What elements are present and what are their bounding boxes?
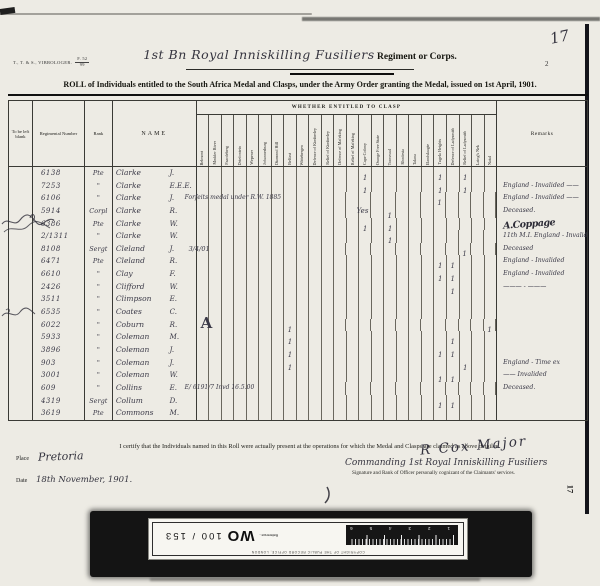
clasp-cell: 1 [434,192,446,205]
clasp-cell [359,344,372,357]
clasp-cell [209,243,221,256]
clasp-cell [334,407,347,420]
clasp-cell [334,218,347,231]
clasp-cell [284,395,297,408]
clasp-cell [397,268,410,281]
remark-text: England - Invalided [497,268,587,280]
clasp-cell [272,319,284,332]
clasp-cell [346,319,358,332]
copyright-text: COPYRIGHT OF THE PUBLIC RECORD OFFICE, L… [153,550,463,554]
clasp-cell [272,395,285,408]
cell-rank: Pte [85,255,113,268]
initials-value: F. [170,268,196,281]
clasp-cell [472,218,485,231]
cell-remarks: England - Invalided —— [497,192,587,205]
clasp-cell [197,293,210,306]
initials-value: C. [170,306,196,319]
surname-value: Coleman [113,331,170,344]
clasp-cell [484,192,496,205]
clasp-cell [409,407,422,420]
cell-rank: " [85,306,113,319]
clasp-cell [272,268,285,281]
clasp-cell [384,243,396,256]
clasp-cell [460,395,473,408]
cell-name: ClimpsonE. [113,293,197,306]
clasp-cell [222,306,235,319]
clasp-cell [272,344,285,357]
clasp-cell [359,281,372,294]
clasp-cell [447,306,460,319]
clasp-cell: 1 [434,344,447,357]
clasp-cell [484,243,496,256]
clasp-column-label: Diamond Hill [275,142,279,166]
initials-value: D. [170,395,196,408]
clasp-cell [259,167,272,180]
clasp-cell [459,230,472,243]
measurement-ruler: 123456 [346,526,458,546]
clasp-cell [485,331,497,344]
clasp-cell [471,192,483,205]
clasp-cell [485,167,497,180]
clasp-column-label: Wepener [250,150,254,166]
clasp-cell [459,382,471,395]
clasp-cell [322,344,335,357]
cell-regimental-number: 6106 [33,192,85,205]
clasp-cell [422,218,435,231]
cell-regimental-number: 4319 [33,395,85,408]
clasp-cell [259,230,272,243]
clasp-cell: 1 [460,167,473,180]
regimental-number-value: 6471 [33,255,84,267]
clasp-cell [309,369,322,382]
clasp-cell [472,306,485,319]
cell-name: ClarkeE.E.E. [113,180,197,193]
clasp-cell [297,382,309,395]
clasp-cell [322,218,335,231]
clasp-cell [222,293,235,306]
clasp-cell [297,230,310,243]
roll-row: 3511"ClimpsonE. [9,293,587,306]
regimental-number-value: 8108 [33,243,84,255]
clasp-cell [409,243,421,256]
clasp-cell [347,331,360,344]
regimental-number-value: 3619 [33,407,84,419]
roll-row: 8108SergtClelandJ.13/4/01Deceased [9,243,587,256]
clasp-cell [309,281,322,294]
clasp-cell [209,255,222,268]
clasp-cell [334,167,347,180]
clasp-cell [209,205,221,218]
clasp-cell [272,281,285,294]
clasp-column-header: Wittebergen [297,115,310,166]
clasp-cell [472,230,485,243]
clasp-cell [446,243,458,256]
initials-value: E. [170,293,196,306]
surname-value: Clarke [113,218,170,231]
surname-value: Commons [113,407,170,420]
clasp-cell [422,281,435,294]
clasp-column-header: Defence of Mafeking [334,115,347,166]
clasp-cell [197,230,210,243]
clasp-cell [272,243,284,256]
folio-number-handwritten: 17 [548,26,570,48]
clasp-cell: 1 [384,205,396,218]
clasp-cell [409,369,422,382]
cell-name: ClarkeW. [113,218,197,231]
clasp-cell [347,357,360,370]
clasp-cell [460,331,473,344]
roll-row: 7253"ClarkeE.E.E.111England - Invalided … [9,180,587,193]
clasp-cell [222,268,235,281]
clasp-cell [222,407,235,420]
roll-row: 4319SergtCollumD.11 [9,395,587,408]
clasp-cell [397,369,410,382]
clasp-cell [359,395,372,408]
clasp-cell [234,205,246,218]
roll-row: 6106"ClarkeJ.1Forfeits medal under R.W. … [9,192,587,205]
clasp-cell [384,357,397,370]
clasp-cell: 1 [434,268,447,281]
clasp-cell [259,205,271,218]
clasp-cell [247,281,260,294]
clasp-cell [409,357,422,370]
rank-value: " [85,319,112,331]
clasp-cell [434,230,447,243]
clasp-cell [397,344,410,357]
clasp-cell [384,382,396,395]
clasp-cell [322,167,335,180]
cell-blank [9,243,33,256]
clasp-cell [371,319,383,332]
cell-clasps: 11 [197,218,497,231]
clasp-cell [359,255,372,268]
clasp-cell [197,344,210,357]
clasp-cell [434,319,446,332]
clasp-cell [371,243,383,256]
clasp-cell [222,218,235,231]
clasp-cell [421,205,433,218]
clasp-column-header: Modder River [209,115,222,166]
clasp-cell [297,180,310,193]
clasp-cell [297,243,309,256]
clasp-cell [222,243,234,256]
clasp-cell [309,167,322,180]
clasp-cell [197,218,210,231]
cell-rank: " [85,331,113,344]
clasp-cell [359,293,372,306]
clasp-cell [372,180,385,193]
clasp-cell [284,281,297,294]
clasp-cell [471,319,483,332]
clasp-cell [234,293,247,306]
clasp-cell [485,255,497,268]
clasp-banner: WHETHER ENTITLED TO CLASP [197,101,496,115]
clasp-cell [472,255,485,268]
clasp-cell [422,407,435,420]
clasp-cell [222,180,235,193]
clasp-cell [434,218,447,231]
clasp-cell [396,243,408,256]
cell-remarks: ——— - ——— [497,281,587,294]
clasp-cell [396,192,408,205]
clasp-cell [234,407,247,420]
clasp-cell [484,230,496,243]
initials-value: E.E.E. [170,180,196,193]
cell-name: ClarkeJ. [113,167,197,180]
surname-value: Clarke [113,205,170,218]
clasp-cell [347,167,360,180]
rank-value: Pte [85,167,112,179]
cell-name: ClarkeR. [113,205,197,218]
clasp-cell [259,344,272,357]
remarks-column-header: Remarks [497,101,587,166]
clasp-cell [209,230,222,243]
regimental-number-value: 3001 [33,369,84,381]
clasp-cell [485,395,497,408]
surname-value: Clifford [113,281,170,294]
table-body: 6138PteClarkeJ.1117253"ClarkeE.E.E.111En… [9,167,587,420]
ruler-number: 6 [350,527,353,532]
clasp-cell [322,281,335,294]
surname-value: Clarke [113,167,170,180]
regimental-number-value: 4319 [33,395,84,407]
clasp-cell [397,255,410,268]
rank-value: " [85,357,112,369]
clasp-cell [309,255,322,268]
clasp-cell [421,319,433,332]
initials-value: R. [170,319,196,332]
clasp-cell [347,344,360,357]
date-label: Date [16,478,27,484]
cell-remarks: 11th M.I. England - Invalid [497,230,587,243]
clasp-cell [472,293,485,306]
clasp-cell [409,268,422,281]
clasp-cell: 1 [447,255,460,268]
initials-value: R. [170,255,196,268]
clasp-cell [422,344,435,357]
cell-clasps: 11 [197,369,497,382]
clasp-cell [384,255,397,268]
cell-regimental-number: 2426 [33,281,85,294]
clasp-cell [197,167,210,180]
rank-value: Pte [85,255,112,267]
clasp-cell [334,255,347,268]
clasp-cell: 1 [447,281,460,294]
place-label: Place [16,456,29,462]
clasp-cell [222,331,235,344]
clasp-cell [347,230,360,243]
regimental-number-value: 2426 [33,281,84,293]
clasp-cell [434,205,446,218]
surname-value: Collins [113,382,170,395]
roll-row: 6138PteClarkeJ.111 [9,167,587,180]
scan-smudge-top-left [0,13,312,15]
cell-rank: Sergt [85,395,113,408]
clasp-cell [297,357,310,370]
clasp-cell: 1 [447,395,460,408]
rank-value: " [85,344,112,356]
clasp-cell [359,268,372,281]
roll-row: 6535"CoatesC. [9,306,587,319]
surname-value: Collum [113,395,170,408]
clasp-cell: 1 [434,255,447,268]
clasp-cell [485,293,497,306]
clasp-cell [284,218,297,231]
clasp-cell [347,293,360,306]
clasp-cell [334,230,347,243]
clasp-cell [372,293,385,306]
clasp-cell [234,331,247,344]
clasp-cell [297,281,310,294]
clasp-column-label: Relief of Ladysmith [463,131,467,166]
cell-rank: " [85,293,113,306]
roll-row: 3619PteCommonsM. [9,407,587,420]
clasp-cell [409,344,422,357]
clasp-cell [346,243,358,256]
clasp-cell [334,331,347,344]
clasp-cell [322,395,335,408]
clasp-cell [272,293,285,306]
roll-row: 5914CorplClarkeR.1YesDeceased. [9,205,587,218]
clasp-cell [334,369,347,382]
clasp-cell [197,205,209,218]
cell-name: CollumD. [113,395,197,408]
clasp-cell [272,382,284,395]
clasp-cell [309,319,321,332]
clasp-cell [422,268,435,281]
clasp-cell [422,167,435,180]
clasp-cell [372,344,385,357]
clasp-cell [434,243,446,256]
cell-rank: " [85,369,113,382]
clasp-cell [460,344,473,357]
clasp-cell [297,167,310,180]
clasp-cell [297,331,310,344]
clasp-cell [309,180,322,193]
cell-remarks: England - Time ex [497,357,587,370]
remark-text: England - Invalided —— [497,180,587,192]
clasp-cell [397,306,410,319]
cell-rank: " [85,319,113,332]
clasp-cell [209,281,222,294]
clasp-cell [359,192,371,205]
unit-underline-heavy [290,73,394,76]
clasp-cell [359,243,371,256]
clasp-cell [247,255,260,268]
cell-name: ClelandJ. [113,243,197,256]
cell-remarks [497,319,587,332]
clasp-cell [447,218,460,231]
clasp-cell [384,306,397,319]
clasp-cell [322,382,334,395]
table-header: To be left blank Regimental Number Rank … [9,101,587,167]
clasp-cell [396,205,408,218]
clasp-cell [209,331,222,344]
cell-remarks: A.Coppage [497,218,587,231]
rank-value: Pte [85,218,112,230]
clasp-cell [309,407,322,420]
clasp-cell [322,357,335,370]
piece-number: 100 / 153 [164,530,222,541]
clasp-cell [397,395,410,408]
clasp-cell [247,369,260,382]
clasp-cell [359,357,372,370]
signature-caption: Signature and Rank of Officer personally… [352,470,515,476]
clasp-cell [447,407,460,420]
clasp-cell [384,192,396,205]
clasp-cell [272,167,285,180]
folio-number-printed: 2 [545,60,549,68]
clasp-cell [472,407,485,420]
clasp-column-header: Natal [485,115,497,166]
clasp-cell [372,230,385,243]
clasp-cell [209,344,222,357]
clasp-cell [384,369,397,382]
cell-regimental-number: 8108 [33,243,85,256]
clasp-cell [384,331,397,344]
clasp-column-header: Transvaal [384,115,397,166]
clasp-cell [472,268,485,281]
cell-blank [9,369,33,382]
clasp-cell [460,281,473,294]
clasp-cell [485,281,497,294]
clasp-cell [422,230,435,243]
clasp-column-header: Belfast [284,115,297,166]
regimental-number-value: 6138 [33,167,84,179]
ruler-number: 4 [389,527,392,532]
clasp-cell [234,281,247,294]
clasp-cell [334,395,347,408]
clasp-cell [297,306,310,319]
clasp-cell [272,218,285,231]
clasp-cell [222,369,235,382]
clasp-cell [309,243,321,256]
surname-value: Cleland [113,243,170,256]
clasp-cell [259,255,272,268]
initials-value: W. [170,281,196,294]
clasp-cell [334,293,347,306]
clasp-column-label: Johannesburg [263,142,267,166]
clasp-cell [272,306,285,319]
clasp-cell [472,344,485,357]
cell-rank: " [85,192,113,205]
cell-remarks [497,167,587,180]
clasp-cell [422,255,435,268]
clasp-cell [297,268,310,281]
cell-clasps: 11 [197,331,497,344]
clasp-cell: 1 [484,319,496,332]
cell-regimental-number: 3896 [33,344,85,357]
clasp-cell [359,382,371,395]
clasp-cell [447,357,460,370]
clasp-cell [460,306,473,319]
clasp-cell: 1 [384,230,397,243]
cell-blank [9,344,33,357]
clasp-cell [234,357,247,370]
clasp-cell [222,357,235,370]
cell-clasps: E/ 6191/7 Invd 16.5.00 [197,382,497,395]
clasp-cell [396,382,408,395]
clasp-cell [371,382,383,395]
clasp-cell [209,357,222,370]
clasp-cell [460,268,473,281]
clasp-cell [372,369,385,382]
clasp-cell [485,180,497,193]
clasp-cell [284,306,297,319]
cell-name: ColemanJ. [113,357,197,370]
clasp-cell [372,395,385,408]
clasp-cell [272,407,285,420]
